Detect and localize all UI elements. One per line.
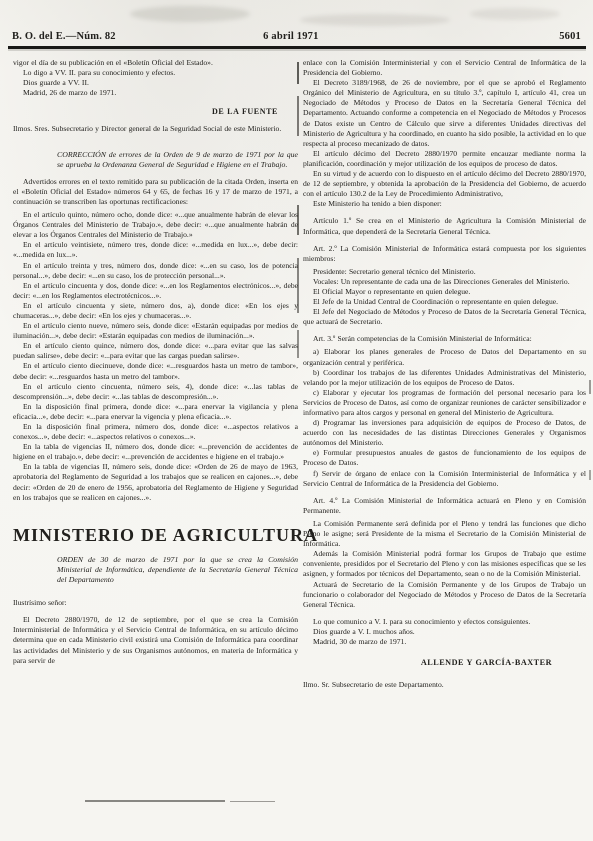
- closing-line: Dios guarde a V. I. muchos años.: [303, 627, 586, 637]
- member-item: El Jefe del Negociado de Métodos y Proce…: [303, 307, 586, 327]
- scan-smudge: [300, 14, 450, 26]
- competence-item: d) Programar las inversiones para adquis…: [303, 418, 586, 448]
- paragraph-continuation: enlace con la Comisión Interministerial …: [303, 58, 586, 78]
- paragraph: En su virtud y de acuerdo con lo dispues…: [303, 169, 586, 199]
- correction-heading: CORRECCIÓN de errores de la Orden de 9 d…: [57, 150, 298, 170]
- header-date: 6 abril 1971: [263, 31, 319, 42]
- correction-item: En la tabla de vigencias II, número seis…: [13, 462, 298, 502]
- page-header: B. O. del E.—Núm. 82 6 abril 1971 5601: [12, 31, 583, 44]
- scan-smudge: [470, 8, 560, 20]
- header-page-number: 5601: [559, 31, 581, 42]
- addressee: Ilmos. Sres. Subsecretario y Director ge…: [13, 124, 298, 134]
- left-column: vigor el día de su publicación en el «Bo…: [13, 58, 298, 666]
- correction-item: En el artículo treinta y tres, número do…: [13, 261, 298, 281]
- member-item: El Oficial Mayor o representante en quie…: [303, 287, 586, 297]
- paragraph: Lo digo a VV. II. para su conocimiento y…: [13, 68, 298, 78]
- ministry-heading: MINISTERIO DE AGRICULTURA: [13, 530, 298, 540]
- correction-item: En el artículo quinto, número ocho, dond…: [13, 210, 298, 240]
- scan-smudge: [130, 6, 250, 22]
- correction-item: En el artículo ciento quince, número dos…: [13, 341, 298, 361]
- scan-mark: [589, 470, 591, 480]
- paragraph: Actuará de Secretario de la Comisión Per…: [303, 580, 586, 610]
- paragraph: El Decreto 2880/1970, de 12 de septiembr…: [13, 615, 298, 665]
- competence-item: b) Coordinar los trabajos de las diferen…: [303, 368, 586, 388]
- member-item: Vocales: Un representante de cada una de…: [303, 277, 586, 287]
- paragraph: El Decreto 3189/1968, de 26 de noviembre…: [303, 78, 586, 149]
- competence-item: a) Elaborar los planes generales de Proc…: [303, 347, 586, 367]
- paragraph: La Comisión Permanente será definida por…: [303, 519, 586, 549]
- paragraph: Además la Comisión Ministerial podrá for…: [303, 549, 586, 579]
- member-item: El Jefe de la Unidad Central de Coordina…: [303, 297, 586, 307]
- addressee: Ilmo. Sr. Subsecretario de este Departam…: [303, 680, 586, 690]
- correction-intro: Advertidos errores en el texto remitido …: [13, 177, 298, 207]
- correction-item: En el artículo ciento diecinueve, donde …: [13, 361, 298, 381]
- correction-item: En la tabla de vigencias II, número dos,…: [13, 442, 298, 462]
- competence-item: f) Servir de órgano de enlace con la Com…: [303, 469, 586, 489]
- order-heading: ORDEN de 30 de marzo de 1971 por la que …: [57, 555, 298, 585]
- header-issue: B. O. del E.—Núm. 82: [12, 31, 116, 42]
- signature: DE LA FUENTE: [13, 107, 298, 117]
- paragraph-continuation: vigor el día de su publicación en el «Bo…: [13, 58, 298, 68]
- correction-item: En el artículo veintisiete, número tres,…: [13, 240, 298, 260]
- salutation: Ilustrísimo señor:: [13, 598, 298, 608]
- closing-line: Lo que comunico a V. I. para su conocimi…: [303, 617, 586, 627]
- competence-item: e) Formular presupuestos anuales de gast…: [303, 448, 586, 468]
- gazette-page: B. O. del E.—Núm. 82 6 abril 1971 5601 v…: [0, 0, 593, 841]
- right-column: enlace con la Comisión Interministerial …: [303, 58, 586, 690]
- closing-line: Madrid, 30 de marzo de 1971.: [303, 637, 586, 647]
- article-3-lead: Art. 3.º Serán competencias de la Comisi…: [303, 334, 586, 344]
- article-4-lead: Art. 4.º La Comisión Ministerial de Info…: [303, 496, 586, 516]
- scan-mark: [589, 380, 591, 394]
- signature: ALLENDE Y GARCÍA-BAXTER: [303, 658, 586, 668]
- article-1: Artículo 1.º Se crea en el Ministerio de…: [303, 216, 586, 236]
- header-rule: [8, 46, 586, 49]
- paragraph: Dios guarde a VV. II.: [13, 78, 298, 88]
- scan-mark: [230, 801, 275, 802]
- paragraph: Madrid, 26 de marzo de 1971.: [13, 88, 298, 98]
- member-item: Presidente: Secretario general técnico d…: [303, 267, 586, 277]
- competence-item: c) Elaborar y ejecutar los programas de …: [303, 388, 586, 418]
- paragraph: Este Ministerio ha tenido a bien dispone…: [303, 199, 586, 209]
- scan-mark: [85, 800, 225, 802]
- paragraph: El artículo décimo del Decreto 2880/1970…: [303, 149, 586, 169]
- correction-item: En el artículo ciento nueve, número seis…: [13, 321, 298, 341]
- correction-item: En el artículo cincuenta y dos, donde di…: [13, 281, 298, 301]
- correction-item: En la disposición final primera, número …: [13, 422, 298, 442]
- article-2-lead: Art. 2.º La Comisión Ministerial de Info…: [303, 244, 586, 264]
- correction-item: En el artículo ciento cincuenta, número …: [13, 382, 298, 402]
- correction-item: En el artículo cincuenta y siete, número…: [13, 301, 298, 321]
- correction-item: En la disposición final primera, donde d…: [13, 402, 298, 422]
